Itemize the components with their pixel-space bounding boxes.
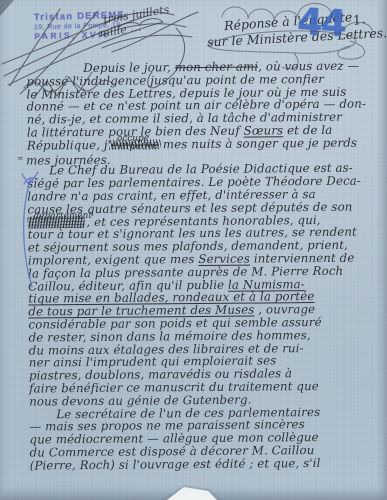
archive-number: 44 <box>296 0 346 45</box>
manuscript-lines: Depuis le jour, mon cher ami, où vous av… <box>26 59 382 472</box>
cancelled-date: trois juillets mille … <box>102 3 172 39</box>
torn-edge-notch <box>160 485 222 500</box>
manuscript-line: République, j'occupeemploie mes nuits à … <box>27 136 379 152</box>
text-segment: République, j' <box>27 138 111 153</box>
manuscript-sheet: Tristan DEREME 19, Rue de la Pompe, 19 P… <box>0 0 387 500</box>
text-segment: emploie <box>111 137 159 151</box>
text-segment: mes nuits à songer que je perds <box>159 135 357 151</box>
text-segment: = <box>17 154 23 162</box>
manuscript-line: (Pierre, Roch) si l'ouvrage est édité ; … <box>30 456 382 472</box>
text-segment: —————— <box>28 215 87 230</box>
text-segment: (Pierre, Roch) si l'ouvrage est édité ; … <box>30 456 321 473</box>
scan-corner-shadow <box>0 0 14 16</box>
